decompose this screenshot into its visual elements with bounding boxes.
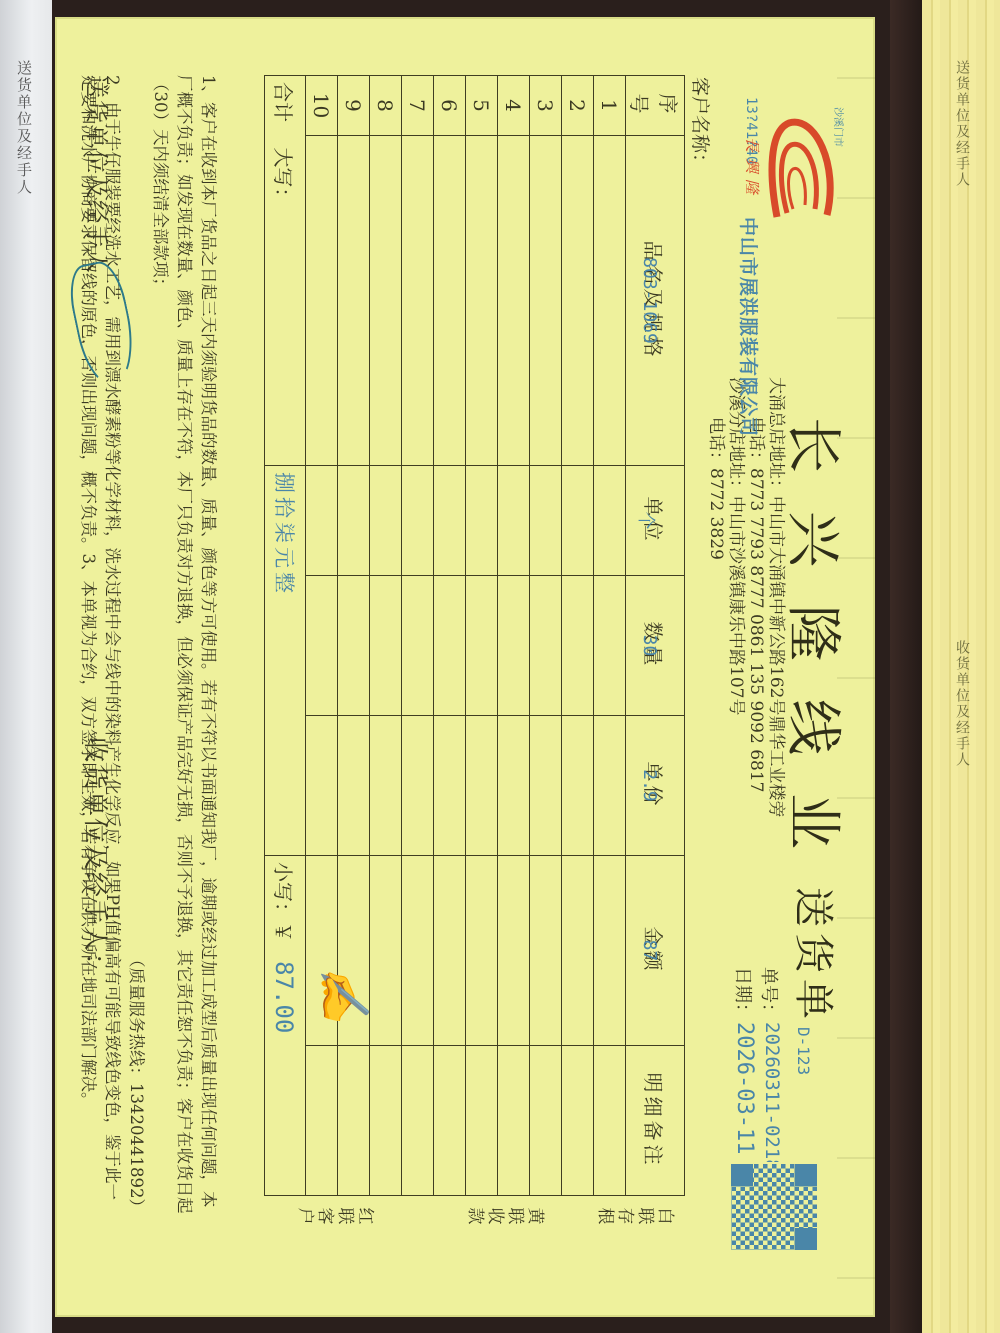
background-paper-stack: 送货单位及经手人 收货单位及经手人 [922, 0, 1000, 1333]
doc-date: 2026-03-11 [732, 1022, 757, 1154]
terms-clause-1: 1、客户在收到本厂货品之日起三天内须验明货品的数量、质量、颜色等方可使用。若有不… [148, 75, 220, 1215]
row-number: 6 [434, 75, 466, 135]
quality-hotline: （质量服务热线：13420441892） [124, 75, 148, 1215]
table-header-row: 序号 品名及规格803-1069 单位个 数量30 单价2.9 金额87 明细备… [626, 75, 685, 1195]
branch-phone: 电话：8772 3829 [706, 417, 731, 560]
column-header-no: 序号 [626, 75, 685, 135]
table-row: 1 [594, 75, 626, 1195]
date-label: 日期： [731, 967, 757, 1021]
background-paper-text: 送货单位及经手人 [14, 60, 35, 196]
column-header-item: 品名及规格803-1069 [626, 135, 685, 465]
row-number: 5 [466, 75, 498, 135]
copy-label-yellow: 黄联收款 [465, 1205, 545, 1227]
table-row: 5 [466, 75, 498, 1195]
branch-phone-value: 8772 3829 [706, 468, 726, 560]
logo-mark-icon [765, 105, 835, 225]
table-row: 2 [562, 75, 594, 1195]
row-number: 10 [306, 75, 338, 135]
table-row: 6 [434, 75, 466, 1195]
unit-handwritten: 个 [634, 466, 660, 575]
delivery-note: 沙溪门市 13?41?40 長興隆 长兴隆线业 送货单 大涌总店地址：中山市大涌… [55, 17, 875, 1317]
price-handwritten: 2.9 [639, 716, 660, 855]
doc-number: 20260311-02184 [761, 1022, 783, 1182]
column-header-amount: 金额87 [626, 855, 685, 1045]
total-label: 合计 [272, 82, 296, 122]
table-row: 4 [498, 75, 530, 1195]
qty-handwritten: 30 [639, 576, 660, 715]
column-header-price: 单价2.9 [626, 715, 685, 855]
background-stack-text: 送货单位及经手人 [952, 60, 972, 188]
row-number: 2 [562, 75, 594, 135]
amount-handwritten: 87 [639, 856, 660, 1045]
row-number: 9 [338, 75, 370, 135]
total-words-value-cell: 捌拾柒元整 [265, 465, 306, 855]
column-header-unit: 单位个 [626, 465, 685, 575]
table-row: 7 [402, 75, 434, 1195]
doc-number-label: 单号： [757, 967, 783, 1021]
row-number: 3 [530, 75, 562, 135]
table-row: 8 [370, 75, 402, 1195]
document-code: D-123 [794, 1027, 813, 1075]
table-row: 3 [530, 75, 562, 1195]
total-words-value: 捌拾柒元整 [272, 472, 296, 597]
branch-phone-label: 电话： [706, 417, 726, 468]
receiver-signature-label: 收货单位及经手人： [79, 737, 115, 980]
copy-label-red: 红联客户 [295, 1205, 375, 1227]
row-number: 1 [594, 75, 626, 135]
logo-brand-text: 長興隆 [742, 137, 763, 200]
row-number: 7 [402, 75, 434, 135]
total-words-cell: 合计 大写： [265, 75, 306, 465]
document-type: 送货单 [788, 887, 845, 1025]
row-number: 8 [370, 75, 402, 135]
qr-code-icon [729, 1162, 819, 1252]
total-words-label: 大写： [272, 147, 296, 207]
sender-signature-label: 送货单位及经手人 [82, 75, 115, 275]
total-figures-label: 小写：￥ [272, 862, 296, 942]
customer-name-stamp: 中山市展洪服装有限公司 [736, 217, 763, 437]
copy-label-white: 白联存根 [595, 1205, 675, 1227]
column-header-note: 明细备注 [626, 1045, 685, 1195]
item-code-handwritten: 803-1069 [639, 136, 660, 465]
customer-label: 客户名称： [688, 77, 715, 172]
row-number: 4 [498, 75, 530, 135]
column-header-qty: 数量30 [626, 575, 685, 715]
document-frame: 沙溪门市 13?41?40 長興隆 长兴隆线业 送货单 大涌总店地址：中山市大涌… [40, 0, 890, 1333]
handwritten-signature-middle: ✍ [280, 964, 381, 1130]
row-note [594, 1045, 626, 1195]
background-stack-text: 收货单位及经手人 [952, 640, 972, 768]
